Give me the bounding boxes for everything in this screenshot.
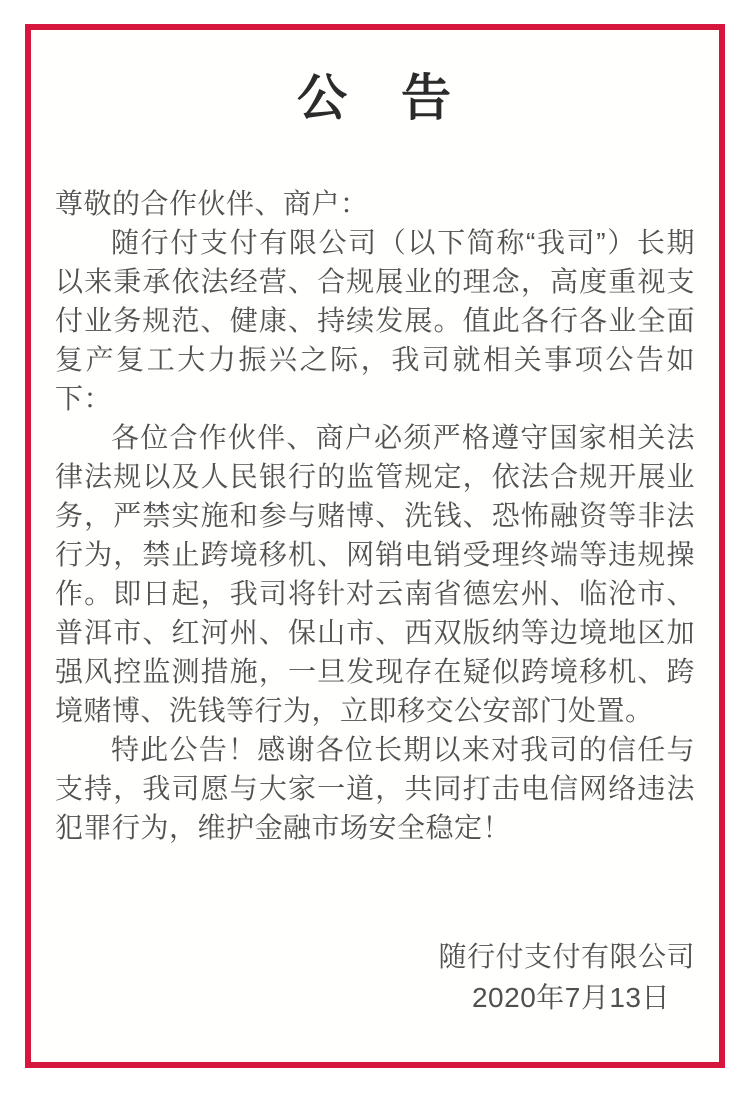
signature-date: 2020年7月13日 — [55, 977, 695, 1018]
signature-company: 随行付支付有限公司 — [55, 936, 695, 977]
paragraph-compliance: 各位合作伙伴、商户必须严格遵守国家相关法律法规以及人民银行的监管规定，依法合规开… — [55, 418, 695, 730]
notice-border-frame: 公 告 尊敬的合作伙伴、商户： 随行付支付有限公司（以下简称“我司”）长期以来秉… — [25, 24, 725, 1068]
greeting-line: 尊敬的合作伙伴、商户： — [55, 184, 695, 223]
paragraph-intro: 随行付支付有限公司（以下简称“我司”）长期以来秉承依法经营、合规展业的理念，高度… — [55, 223, 695, 418]
signature-block: 随行付支付有限公司 2020年7月13日 — [55, 936, 695, 1018]
notice-title: 公 告 — [31, 70, 719, 126]
paragraph-closing: 特此公告！感谢各位长期以来对我司的信任与支持，我司愿与大家一道，共同打击电信网络… — [55, 730, 695, 847]
notice-body: 尊敬的合作伙伴、商户： 随行付支付有限公司（以下简称“我司”）长期以来秉承依法经… — [31, 184, 719, 1018]
